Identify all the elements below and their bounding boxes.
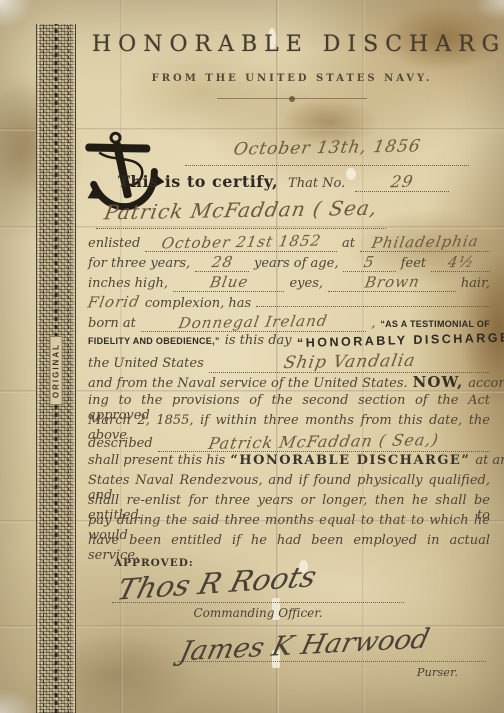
that-no-label: That No. bbox=[288, 176, 345, 191]
paragraph-line: States Naval Rendezvous, and if found ph… bbox=[88, 473, 490, 493]
eyes-hair-line: inches high, Blue eyes, Brown hair, bbox=[88, 273, 490, 293]
feet-value: 5 bbox=[363, 254, 376, 271]
purser-signature-block: James K Harwood Purser. bbox=[178, 630, 486, 679]
at-any-united-text: at any United bbox=[475, 453, 504, 468]
described-line: described Patrick McFaddan ( Sea,) bbox=[88, 433, 490, 453]
certify-lead: This is to certify, bbox=[118, 172, 278, 191]
hair-field: Brown bbox=[328, 273, 456, 292]
accord-text: accord- bbox=[468, 376, 504, 391]
term-age-line: for three years, 28 years of age, 5 feet… bbox=[88, 253, 490, 273]
comma: , bbox=[371, 316, 375, 331]
complexion-line: Florid complexion, has bbox=[88, 293, 490, 313]
age-field: 28 bbox=[195, 253, 249, 272]
eyes-field: Blue bbox=[173, 273, 284, 292]
original-band-label: ORIGINAL bbox=[50, 336, 63, 405]
honorable-discharge-quote-line: shall present this his “HONORABLE DISCHA… bbox=[88, 453, 490, 473]
divider-ornament bbox=[217, 98, 367, 99]
united-states-label: the United States bbox=[88, 356, 204, 371]
enlisted-label: enlisted bbox=[88, 236, 140, 251]
inches-field: 4½ bbox=[431, 253, 490, 272]
paragraph-line: have been entitled if he had been employ… bbox=[88, 533, 490, 553]
certificate-body: enlisted October 21st 1852 at Philadelph… bbox=[88, 233, 490, 553]
age-label: years of age, bbox=[254, 256, 338, 271]
ship-value: Ship Vandalia bbox=[282, 352, 417, 373]
paragraph-line: shall re-enlist for three years or longe… bbox=[88, 493, 490, 513]
at-label: at bbox=[342, 236, 355, 251]
document-title: HONORABLE DISCHARGE bbox=[92, 32, 492, 57]
now-word: NOW, bbox=[413, 373, 464, 391]
inches-value: 4½ bbox=[446, 254, 475, 271]
document-subtitle: FROM THE UNITED STATES NAVY. bbox=[92, 73, 492, 84]
ship-field: Ship Vandalia bbox=[209, 353, 490, 373]
discharge-stamp-line: FIDELITY AND OBEDIENCE,” is this day “HO… bbox=[88, 333, 490, 353]
header: HONORABLE DISCHARGE FROM THE UNITED STAT… bbox=[92, 32, 492, 99]
term-label: for three years, bbox=[88, 256, 190, 271]
paragraph-line: ing to the provisions of the second sect… bbox=[88, 393, 490, 413]
birthplace-field: Donnegal Ireland bbox=[141, 313, 366, 332]
discharge-certificate: ORIGINAL HONORABLE DISCHARGE FROM THE UN… bbox=[0, 0, 504, 713]
paragraph-line: pay during the said three months equal t… bbox=[88, 513, 490, 533]
commanding-officer-title: Commanding Officer. bbox=[112, 606, 404, 620]
border-band-column bbox=[43, 24, 44, 713]
empty-rule bbox=[256, 306, 490, 307]
sailor-name-field: Patrick McFaddan ( Sea, bbox=[96, 198, 386, 229]
commanding-officer-signature-block: Thos R Roots Commanding Officer. bbox=[112, 566, 404, 620]
eyes-label: eyes, bbox=[289, 276, 323, 291]
enlisted-date: October 21st 1852 bbox=[160, 233, 322, 252]
date-value: October 13th, 1856 bbox=[232, 136, 423, 159]
enlisted-place: Philadelphia bbox=[370, 233, 480, 251]
is-this-day-label: is this day bbox=[225, 333, 292, 348]
enlisted-date-field: October 21st 1852 bbox=[145, 233, 337, 252]
eyes-value: Blue bbox=[208, 274, 249, 291]
feet-field: 5 bbox=[343, 253, 395, 272]
testimonial-text-1: “AS A TESTIMONIAL OF bbox=[380, 319, 490, 329]
honorably-discharged-stamp: “HONORABLY DISCHARGED” bbox=[297, 330, 504, 350]
enlistment-line: enlisted October 21st 1852 at Philadelph… bbox=[88, 233, 490, 253]
sailor-name: Patrick McFaddan ( Sea, bbox=[102, 196, 379, 225]
born-at-label: born at bbox=[88, 316, 136, 331]
purser-signature: James K Harwood bbox=[177, 624, 433, 668]
inches-label: inches high, bbox=[88, 276, 168, 291]
age-value: 28 bbox=[210, 254, 234, 271]
described-label: described bbox=[88, 436, 153, 451]
complexion-value: Florid bbox=[86, 293, 141, 312]
honorable-discharge-quote: “HONORABLE DISCHARGE” bbox=[230, 453, 470, 468]
present-text: shall present this his bbox=[88, 453, 225, 468]
described-name: Patrick McFaddan ( Sea,) bbox=[207, 431, 440, 453]
now-line: and from the Naval service of the United… bbox=[88, 373, 490, 393]
border-band-column bbox=[68, 24, 69, 713]
naval-service-text: and from the Naval service of the United… bbox=[88, 376, 408, 391]
feet-label: feet bbox=[401, 256, 426, 271]
birthplace-value: Donnegal Ireland bbox=[178, 313, 330, 332]
described-name-field: Patrick McFaddan ( Sea,) bbox=[158, 433, 490, 452]
date-field: October 13th, 1856 bbox=[185, 138, 469, 166]
birthplace-line: born at Donnegal Ireland , “AS A TESTIMO… bbox=[88, 313, 490, 333]
enlisted-place-field: Philadelphia bbox=[360, 233, 490, 252]
complexion-label: complexion, has bbox=[145, 296, 251, 311]
hair-label: hair, bbox=[461, 276, 490, 291]
ship-line: the United States Ship Vandalia bbox=[88, 353, 490, 373]
certify-line: This is to certify, That No. 29 bbox=[118, 172, 449, 192]
testimonial-text-2: FIDELITY AND OBEDIENCE,” bbox=[88, 336, 220, 346]
certificate-number: 29 bbox=[389, 173, 415, 191]
certificate-number-field: 29 bbox=[355, 173, 449, 192]
hair-value: Brown bbox=[363, 274, 421, 291]
ornamental-border-band: ORIGINAL bbox=[36, 24, 76, 713]
commanding-officer-signature: Thos R Roots bbox=[114, 559, 321, 606]
purser-title: Purser. bbox=[178, 665, 486, 679]
